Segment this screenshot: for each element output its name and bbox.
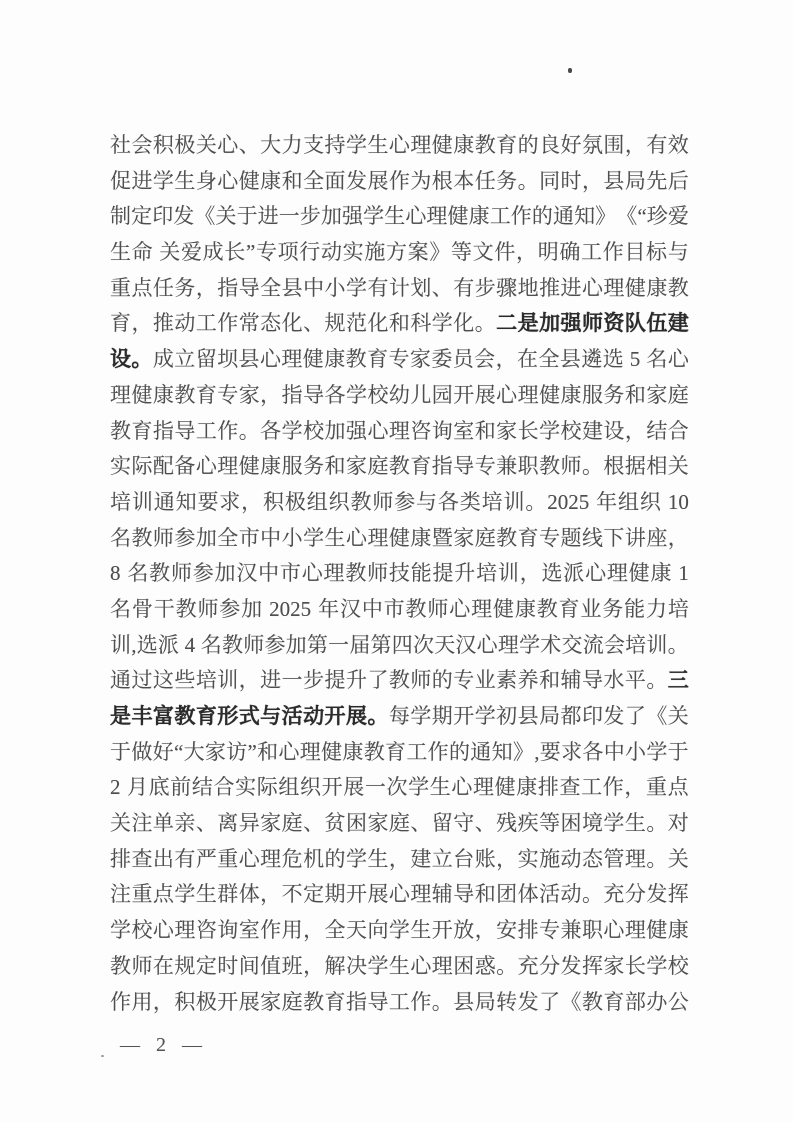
text-line-1: 社会积极关心、大力支持学生心理健康教育的良好氛围，有效 xyxy=(110,128,689,164)
text-line-25: 作用，积极开展家庭教育指导工作。县局转发了《教育部办公 xyxy=(110,985,689,1021)
text-line-11: 培训通知要求，积极组织教师参与各类培训。2025 年组织 10 xyxy=(110,485,689,521)
text-line-19: 2 月底前结合实际组织开展一次学生心理健康排查工作，重点 xyxy=(110,770,689,806)
scanned-document-page: 社会积极关心、大力支持学生心理健康教育的良好氛围，有效促进学生身心健康和全面发展… xyxy=(0,0,793,1122)
text-line-17: 是丰富教育形式与活动开展。每学期开学初县局都印发了《关 xyxy=(110,699,689,735)
text-line-9: 教育指导工作。各学校加强心理咨询室和家长学校建设，结合 xyxy=(110,414,689,450)
text-line-2: 促进学生身心健康和全面发展作为根本任务。同时，县局先后 xyxy=(110,164,689,200)
text-line-20: 关注单亲、离异家庭、贫困家庭、留守、残疾等困境学生。对 xyxy=(110,806,689,842)
text-line-3: 制定印发《关于进一步加强学生心理健康工作的通知》《“珍爱 xyxy=(110,199,689,235)
text-line-7: 设。成立留坝县心理健康教育专家委员会，在全县遴选 5 名心 xyxy=(110,342,689,378)
text-line-14: 名骨干教师参加 2025 年汉中市教师心理健康教育业务能力培 xyxy=(110,592,689,628)
text-line-5: 重点任务，指导全县中小学有计划、有步骤地推进心理健康教 xyxy=(110,271,689,307)
text-line-21: 排查出有严重心理危机的学生，建立台账，实施动态管理。关 xyxy=(110,842,689,878)
text-line-6: 育，推动工作常态化、规范化和科学化。二是加强师资队伍建 xyxy=(110,306,689,342)
text-line-8: 理健康教育专家，指导各学校幼儿园开展心理健康服务和家庭 xyxy=(110,378,689,414)
text-line-23: 学校心理咨询室作用，全天向学生开放，安排专兼职心理健康 xyxy=(110,913,689,949)
text-line-10: 实际配备心理健康服务和家庭教育指导专兼职教师。根据相关 xyxy=(110,449,689,485)
text-line-13: 8 名教师参加汉中市心理教师技能提升培训，选派心理健康 1 xyxy=(110,556,689,592)
text-line-12: 名教师参加全市中小学生心理健康暨家庭教育专题线下讲座， xyxy=(110,521,689,557)
text-line-16: 通过这些培训，进一步提升了教师的专业素养和辅导水平。三 xyxy=(110,663,689,699)
text-line-24: 教师在规定时间值班，解决学生心理困惑。充分发挥家长学校 xyxy=(110,949,689,985)
text-line-4: 生命 关爱成长”专项行动实施方案》等文件，明确工作目标与 xyxy=(110,235,689,271)
ink-speck xyxy=(568,68,572,73)
text-line-18: 于做好“大家访”和心理健康教育工作的通知》,要求各中小学于 xyxy=(110,735,689,771)
page-number: — 2 — xyxy=(120,1034,203,1057)
ink-speck-small xyxy=(101,1055,104,1057)
document-body-text: 社会积极关心、大力支持学生心理健康教育的良好氛围，有效促进学生身心健康和全面发展… xyxy=(110,128,689,1020)
text-line-15: 训,选派 4 名教师参加第一届第四次天汉心理学术交流会培训。 xyxy=(110,628,689,664)
text-line-22: 注重点学生群体，不定期开展心理辅导和团体活动。充分发挥 xyxy=(110,877,689,913)
